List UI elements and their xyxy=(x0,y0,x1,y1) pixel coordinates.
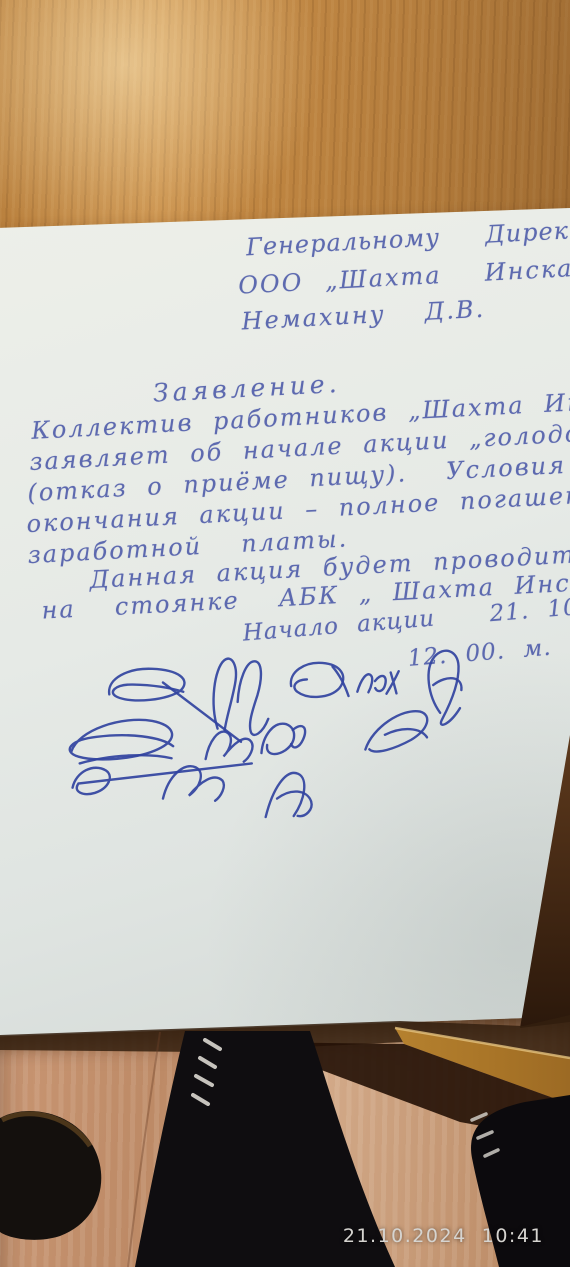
camera-timestamp: 21.10.2024 10:41 xyxy=(343,1225,544,1247)
photo-of-handwritten-statement: Генеральному Директору ООО „Шахта Инская… xyxy=(0,0,570,1267)
letter-recipient-line: ООО „Шахта Инская” xyxy=(238,252,570,299)
paper-sheet: Генеральному Директору ООО „Шахта Инская… xyxy=(0,207,570,1037)
signature-strokes xyxy=(67,650,466,824)
signatures-ink xyxy=(10,640,517,867)
letter-recipient-line: Генеральному Директору xyxy=(245,213,570,262)
letter-recipient-line: Немахину Д.В. xyxy=(241,295,486,336)
